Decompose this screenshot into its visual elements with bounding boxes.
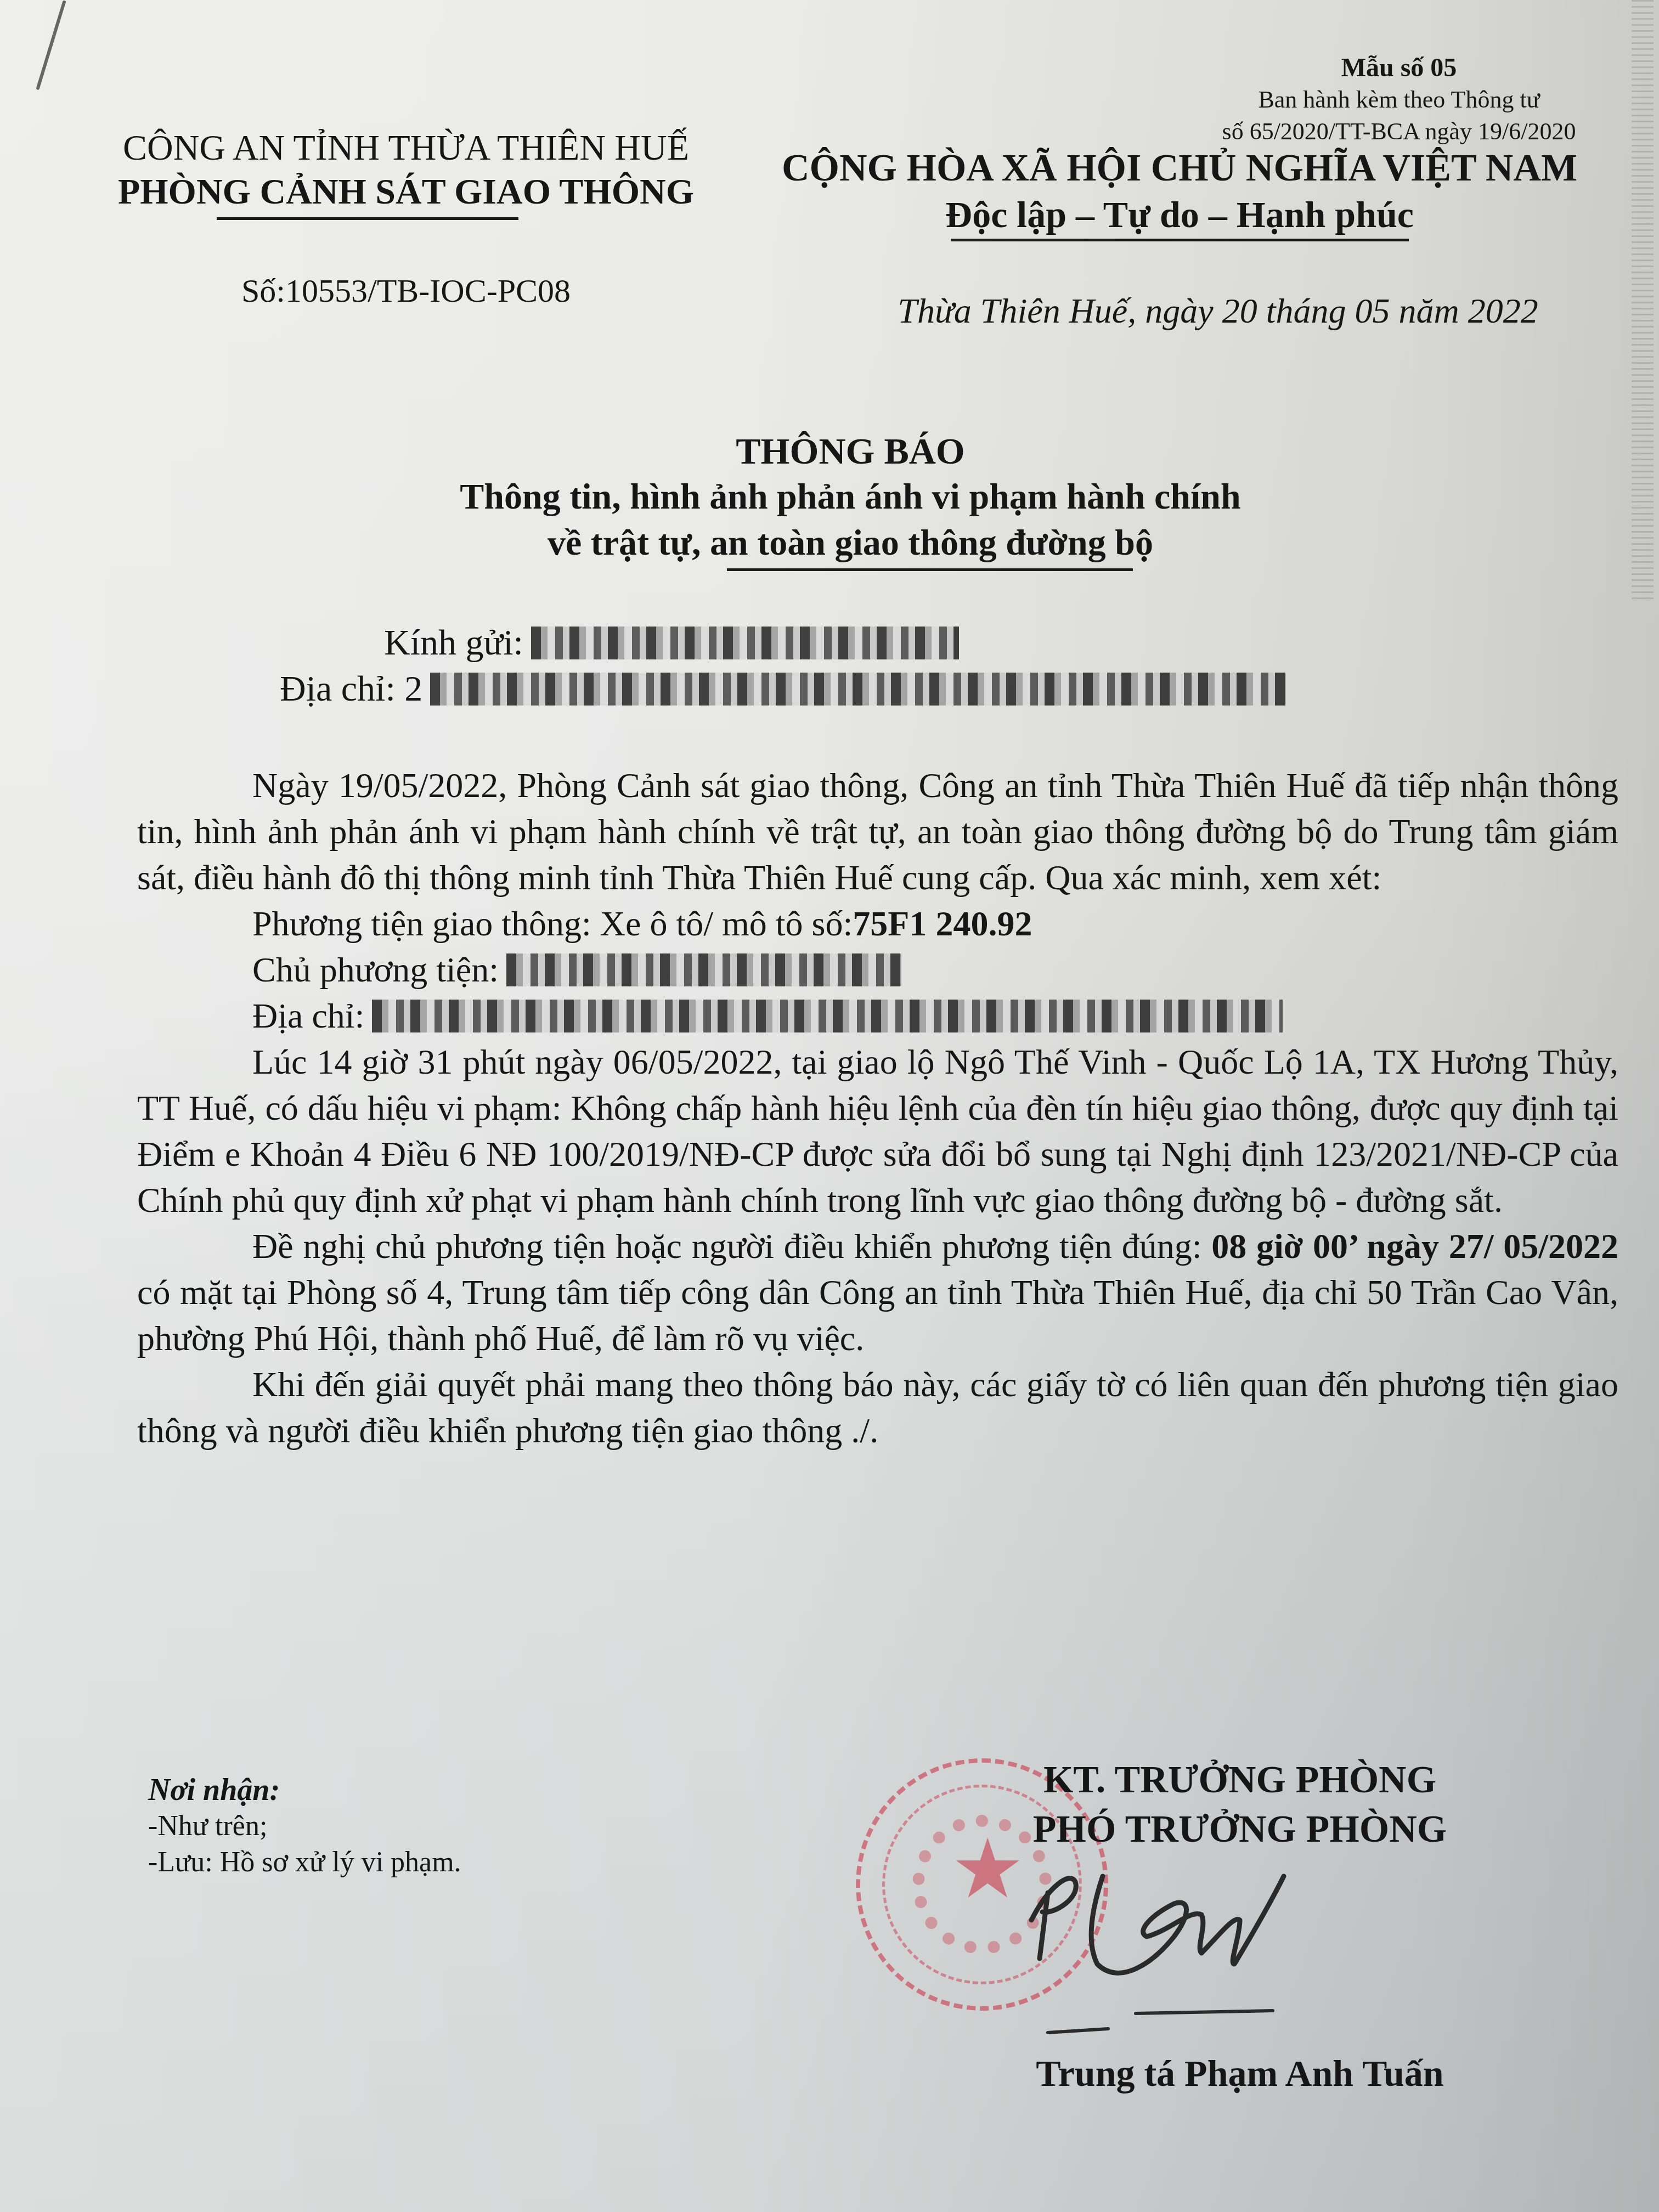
- redacted-recipient-address: [430, 673, 1286, 706]
- document-page: Mẫu số 05 Ban hành kèm theo Thông tư số …: [0, 0, 1659, 2212]
- recipient-to-label: Kính gửi:: [384, 620, 523, 666]
- recipient-address: Địa chỉ: 2: [280, 666, 1286, 712]
- summons-datetime: 08 giờ 00’ ngày 27/ 05/2022: [1211, 1227, 1618, 1266]
- document-subtitle: về trật tự, an toàn giao thông đường bộ: [329, 520, 1372, 566]
- owner-address-line: Địa chỉ:: [137, 993, 1618, 1039]
- national-motto: Độc lập – Tự do – Hạnh phúc: [752, 191, 1607, 238]
- distribution-heading: Nơi nhận:: [148, 1772, 461, 1808]
- nation-name: CỘNG HÒA XÃ HỘI CHỦ NGHĨA VIỆT NAM: [752, 145, 1607, 191]
- divider: [951, 239, 1409, 241]
- owner-address-label: Địa chỉ:: [252, 993, 364, 1039]
- recipient-block: Kính gửi: Địa chỉ: 2: [384, 620, 1286, 712]
- redacted-recipient-name: [531, 627, 959, 659]
- issuer-agency: CÔNG AN TỈNH THỪA THIÊN HUẾ: [60, 126, 752, 170]
- divider: [727, 568, 1133, 571]
- summons-text: Đề nghị chủ phương tiện hoặc người điều …: [252, 1227, 1211, 1266]
- recipient-to: Kính gửi:: [384, 620, 1286, 666]
- vehicle-plate: 75F1 240.92: [853, 901, 1032, 947]
- form-note: Mẫu số 05 Ban hành kèm theo Thông tư số …: [1174, 52, 1624, 148]
- document-title: THÔNG BÁO: [329, 428, 1372, 474]
- paragraph-summons: Đề nghị chủ phương tiện hoặc người điều …: [137, 1223, 1618, 1362]
- redacted-owner-address: [372, 1000, 1283, 1032]
- vehicle-line: Phương tiện giao thông: Xe ô tô/ mô tô s…: [137, 901, 1618, 947]
- title-block: THÔNG BÁO Thông tin, hình ảnh phản ánh v…: [329, 428, 1372, 571]
- distribution-item: -Như trên;: [148, 1808, 461, 1844]
- form-note-line: Ban hành kèm theo Thông tư: [1174, 84, 1624, 116]
- place-date: Thừa Thiên Huế, ngày 20 tháng 05 năm 202…: [752, 291, 1607, 331]
- owner-label: Chủ phương tiện:: [252, 947, 499, 993]
- form-number: Mẫu số 05: [1174, 52, 1624, 84]
- divider: [217, 217, 518, 220]
- paragraph-documents: Khi đến giải quyết phải mang theo thông …: [137, 1362, 1618, 1454]
- distribution-list: Nơi nhận: -Như trên; -Lưu: Hồ sơ xử lý v…: [148, 1772, 461, 1881]
- signer-role: PHÓ TRƯỞNG PHÒNG: [933, 1805, 1547, 1854]
- vehicle-label: Phương tiện giao thông: Xe ô tô/ mô tô s…: [252, 901, 853, 947]
- page-edge-shadow: [1632, 0, 1654, 603]
- document-number: Số:10553/TB-IOC-PC08: [60, 272, 752, 310]
- form-note-line: số 65/2020/TT-BCA ngày 19/6/2020: [1174, 116, 1624, 148]
- national-header: CỘNG HÒA XÃ HỘI CHỦ NGHĨA VIỆT NAM Độc l…: [752, 145, 1607, 331]
- redacted-owner-name: [506, 953, 901, 986]
- owner-line: Chủ phương tiện:: [137, 947, 1618, 993]
- summons-location: có mặt tại Phòng số 4, Trung tâm tiếp cô…: [137, 1273, 1618, 1358]
- distribution-item: -Lưu: Hồ sơ xử lý vi phạm.: [148, 1844, 461, 1881]
- paragraph-received: Ngày 19/05/2022, Phòng Cảnh sát giao thô…: [137, 763, 1618, 901]
- notice-body: Ngày 19/05/2022, Phòng Cảnh sát giao thô…: [137, 763, 1618, 1454]
- pen-mark: [36, 0, 66, 90]
- signer-role: KT. TRƯỞNG PHÒNG: [933, 1756, 1547, 1805]
- signer-name: Trung tá Phạm Anh Tuấn: [933, 2052, 1547, 2095]
- paragraph-violation: Lúc 14 giờ 31 phút ngày 06/05/2022, tại …: [137, 1039, 1618, 1223]
- recipient-address-label: Địa chỉ: 2: [280, 666, 422, 712]
- issuer-header: CÔNG AN TỈNH THỪA THIÊN HUẾ PHÒNG CẢNH S…: [60, 126, 752, 310]
- document-subtitle: Thông tin, hình ảnh phản ánh vi phạm hàn…: [329, 474, 1372, 520]
- handwritten-signature-icon: [1009, 1854, 1393, 2035]
- issuer-department: PHÒNG CẢNH SÁT GIAO THÔNG: [60, 170, 752, 214]
